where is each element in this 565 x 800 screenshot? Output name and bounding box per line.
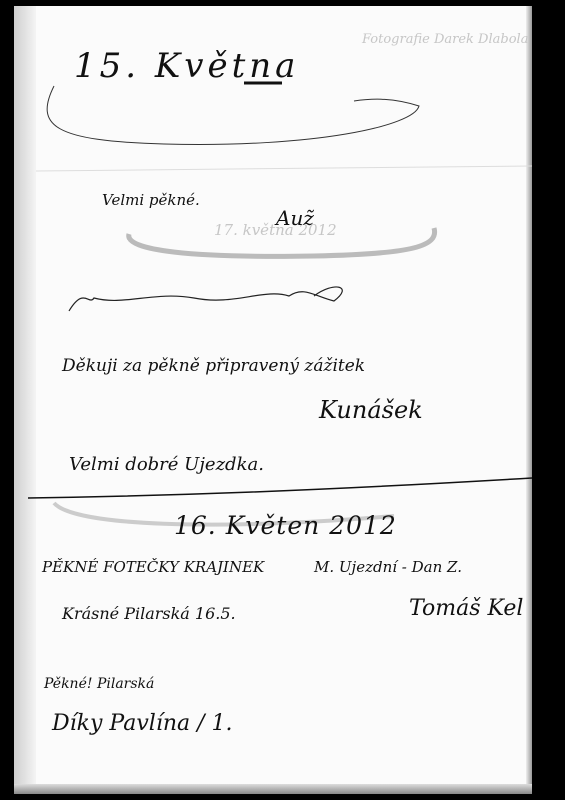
- signature-kunasek: Kunášek: [319, 396, 423, 424]
- date-heading-16: 16. Květen 2012: [174, 511, 397, 540]
- faint-header-text: Fotografie Darek Dlabola: [362, 32, 528, 47]
- date-heading-15: 15. Května: [74, 46, 299, 86]
- entry-krasne-pilarska: Krásné Pilarská 16.5.: [62, 604, 236, 623]
- entry-velmi-pekne: Velmi pěkné.: [102, 191, 200, 209]
- entry-pekne-pilarska: Pěkné! Pilarská: [44, 676, 154, 692]
- signature-tomas: Tomáš Kel: [409, 596, 523, 621]
- guestbook-page: Fotografie Darek Dlabola 15. Května Velm…: [14, 6, 532, 794]
- signature-mark: Auz̃: [276, 206, 314, 230]
- entry-diky: Díky Pavlína / 1.: [52, 711, 233, 736]
- entry-pekne-fotecky: PĚKNÉ FOTEČKY KRAJINEK: [42, 558, 264, 576]
- entry-dekuji: Děkuji za pěkně připravený zážitek: [62, 356, 365, 376]
- entry-ujezdni: M. Ujezdní - Dan Z.: [314, 558, 462, 576]
- entry-velmi-dobre: Velmi dobré Ujezdka.: [69, 454, 264, 475]
